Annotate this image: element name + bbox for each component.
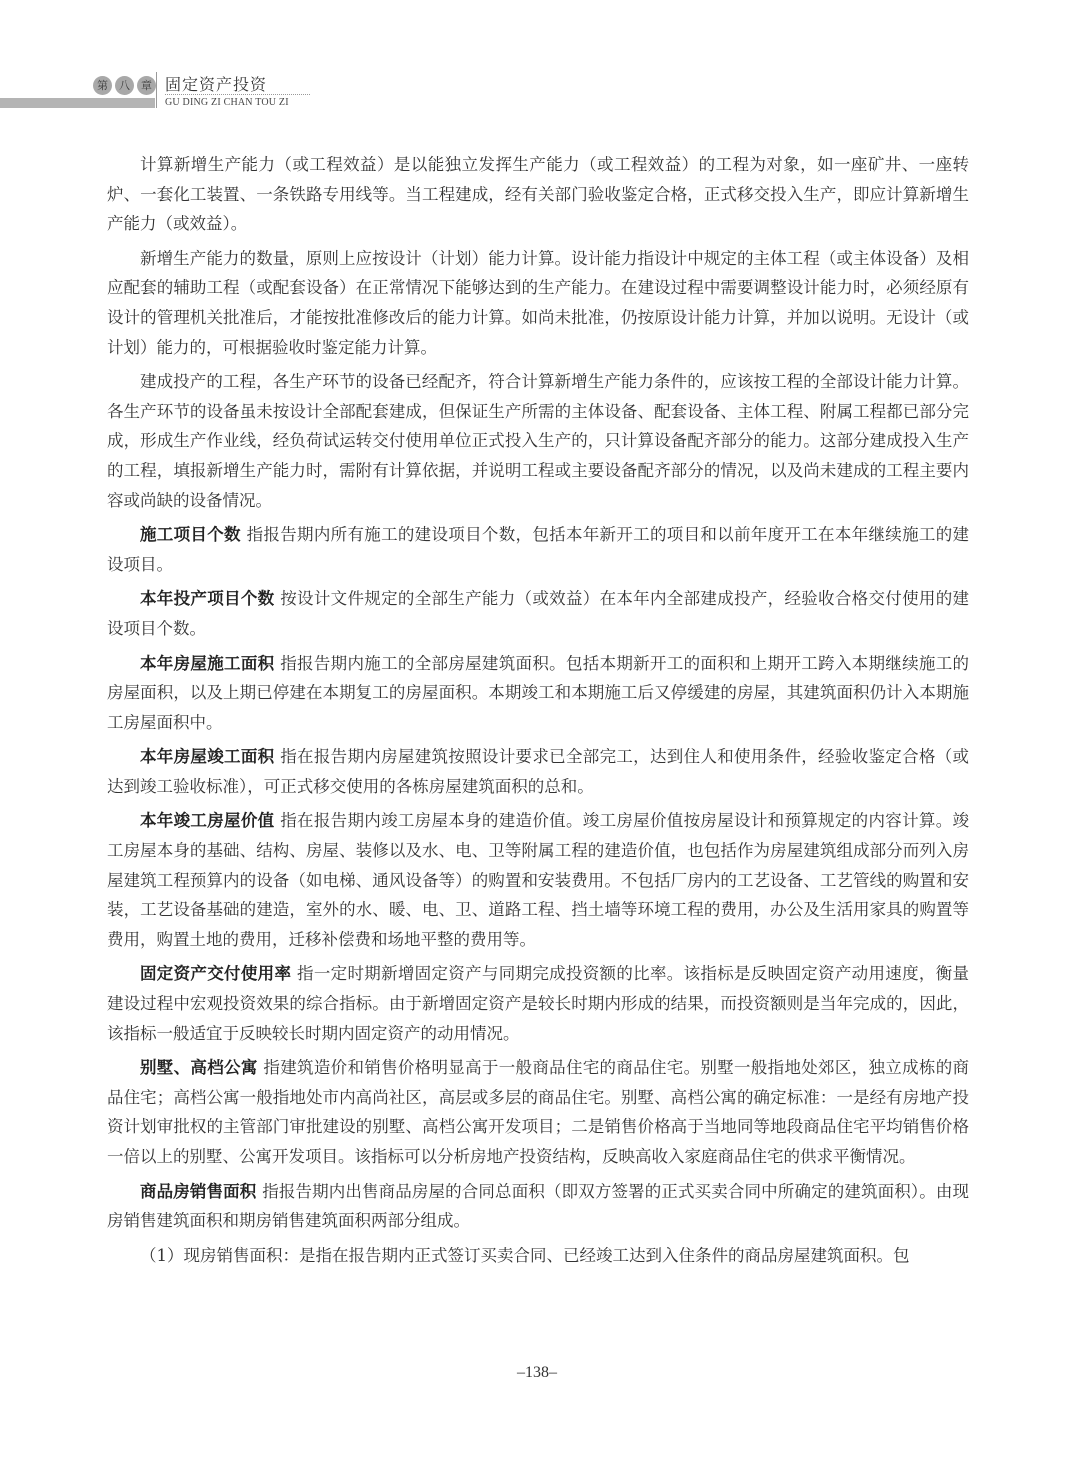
- paragraph-text: 计算新增生产能力（或工程效益）是以能独立发挥生产能力（或工程效益）的工程为对象，…: [107, 155, 969, 233]
- term-heading: 商品房销售面积: [140, 1182, 256, 1201]
- paragraph: 施工项目个数指报告期内所有施工的建设项目个数，包括本年新开工的项目和以前年度开工…: [107, 520, 969, 579]
- paragraph: 建成投产的工程，各生产环节的设备已经配齐，符合计算新增生产能力条件的，应该按工程…: [107, 367, 969, 515]
- header-divider: [156, 72, 157, 108]
- paragraph: 计算新增生产能力（或工程效益）是以能独立发挥生产能力（或工程效益）的工程为对象，…: [107, 150, 969, 239]
- paragraph-text: （1）现房销售面积：是指在报告期内正式签订买卖合同、已经竣工达到入住条件的商品房…: [140, 1246, 910, 1265]
- paragraph: 商品房销售面积指报告期内出售商品房屋的合同总面积（即双方签署的正式买卖合同中所确…: [107, 1177, 969, 1236]
- chapter-title: 固定资产投资: [165, 72, 267, 95]
- paragraph-text: 指在报告期内竣工房屋本身的建造价值。竣工房屋价值按房屋设计和预算规定的内容计算。…: [107, 811, 969, 948]
- chapter-badge: 第: [93, 76, 112, 95]
- term-heading: 本年房屋施工面积: [140, 654, 274, 673]
- paragraph: 本年房屋施工面积指报告期内施工的全部房屋建筑面积。包括本期新开工的面积和上期开工…: [107, 649, 969, 738]
- header-gray-bar: [0, 98, 155, 108]
- term-heading: 施工项目个数: [140, 525, 241, 544]
- chapter-subtitle-pinyin: GU DING ZI CHAN TOU ZI: [165, 97, 289, 108]
- paragraph: 固定资产交付使用率指一定时期新增固定资产与同期完成投资额的比率。该指标是反映固定…: [107, 959, 969, 1048]
- term-heading: 别墅、高档公寓: [140, 1058, 258, 1077]
- paragraph-text: 建成投产的工程，各生产环节的设备已经配齐，符合计算新增生产能力条件的，应该按工程…: [107, 372, 969, 509]
- paragraph: 新增生产能力的数量，原则上应按设计（计划）能力计算。设计能力指设计中规定的主体工…: [107, 244, 969, 362]
- paragraph: 别墅、高档公寓指建筑造价和销售价格明显高于一般商品住宅的商品住宅。别墅一般指地处…: [107, 1053, 969, 1171]
- chapter-badge: 章: [137, 76, 156, 95]
- running-header: 第 八 章 固定资产投资 GU DING ZI CHAN TOU ZI: [0, 70, 1074, 115]
- paragraph: （1）现房销售面积：是指在报告期内正式签订买卖合同、已经竣工达到入住条件的商品房…: [107, 1241, 969, 1271]
- term-heading: 本年竣工房屋价值: [140, 811, 274, 830]
- page-number: –138–: [0, 1364, 1074, 1382]
- paragraph: 本年竣工房屋价值指在报告期内竣工房屋本身的建造价值。竣工房屋价值按房屋设计和预算…: [107, 806, 969, 954]
- term-heading: 本年房屋竣工面积: [140, 747, 274, 766]
- chapter-label: 第 八 章: [93, 76, 156, 95]
- term-heading: 本年投产项目个数: [140, 589, 274, 608]
- paragraph: 本年投产项目个数按设计文件规定的全部生产能力（或效益）在本年内全部建成投产，经验…: [107, 584, 969, 643]
- term-heading: 固定资产交付使用率: [140, 964, 291, 983]
- header-dotted-rule: [165, 94, 310, 95]
- paragraph-text: 新增生产能力的数量，原则上应按设计（计划）能力计算。设计能力指设计中规定的主体工…: [107, 249, 969, 357]
- chapter-badge: 八: [115, 76, 134, 95]
- body-text: 计算新增生产能力（或工程效益）是以能独立发挥生产能力（或工程效益）的工程为对象，…: [107, 150, 969, 1275]
- paragraph: 本年房屋竣工面积指在报告期内房屋建筑按照设计要求已全部完工，达到住人和使用条件，…: [107, 742, 969, 801]
